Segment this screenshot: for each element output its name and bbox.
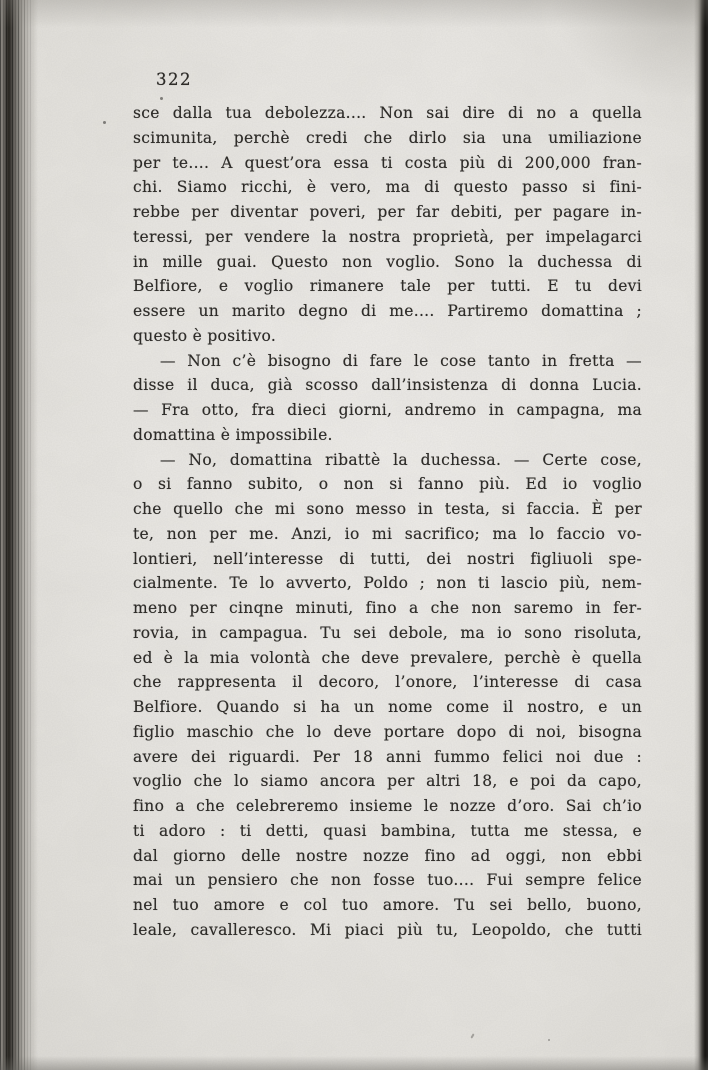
text-line: teressi, per vendere la nostra proprietà…: [133, 225, 642, 250]
text-line: figlio maschio che lo deve portare dopo …: [133, 720, 642, 745]
page-edge-bottom: [0, 1056, 708, 1070]
text-line: chi. Siamo ricchi, è vero, ma di questo …: [133, 175, 642, 200]
corner-stain: [550, 0, 700, 100]
text-line: sce dalla tua debolezza.... Non sai dire…: [133, 101, 642, 126]
page-edge-right: [694, 0, 708, 1070]
text-line: ed è la mia volontà che deve prevalere, …: [133, 646, 642, 671]
text-line: scimunita, perchè credi che dirlo sia un…: [133, 126, 642, 151]
text-line: dal giorno delle nostre nozze fino ad og…: [133, 844, 642, 869]
text-line: essere un marito degno di me.... Partire…: [133, 299, 642, 324]
text-line: questo è positivo.: [133, 324, 642, 349]
page-number: 322: [156, 70, 192, 89]
text-line: che rappresenta il decoro, l’onore, l’in…: [133, 670, 642, 695]
text-line: mai un pensiero che non fosse tuo.... Fu…: [133, 868, 642, 893]
text-line: per te.... A quest’ora essa ti costa più…: [133, 151, 642, 176]
text-line: cialmente. Te lo avverto, Poldo ; non ti…: [133, 571, 642, 596]
text-line: o si fanno subito, o non si fanno più. E…: [133, 472, 642, 497]
text-line: Belfiore. Quando si ha un nome come il n…: [133, 695, 642, 720]
ink-speck: [160, 97, 163, 100]
text-line: disse il duca, già scosso dall’insistenz…: [133, 373, 642, 398]
text-line: leale, cavalleresco. Mi piaci più tu, Le…: [133, 918, 642, 943]
text-line: lontieri, nell’interesse di tutti, dei n…: [133, 547, 642, 572]
text-line: — Fra otto, fra dieci giorni, andremo in…: [133, 398, 642, 423]
text-line: — No, domattina ribattè la duchessa. — C…: [133, 448, 642, 473]
text-line: Belfiore, e voglio rimanere tale per tut…: [133, 274, 642, 299]
text-line: voglio che lo siamo ancora per altri 18,…: [133, 769, 642, 794]
ink-speck: [103, 121, 106, 124]
text-line: domattina è impossibile.: [133, 423, 642, 448]
text-line: — Non c’è bisogno di fare le cose tanto …: [133, 349, 642, 374]
book-binding-shadow: [0, 0, 38, 1070]
text-line: te, non per me. Anzi, io mi sacrifico; m…: [133, 522, 642, 547]
ink-speck: [470, 1033, 474, 1038]
text-line: nel tuo amore e col tuo amore. Tu sei be…: [133, 893, 642, 918]
ink-speck: [548, 1039, 550, 1041]
text-line: rovia, in campagua. Tu sei debole, ma io…: [133, 621, 642, 646]
text-line: in mille guai. Questo non voglio. Sono l…: [133, 250, 642, 275]
text-line: rebbe per diventar poveri, per far debit…: [133, 200, 642, 225]
body-text: sce dalla tua debolezza.... Non sai dire…: [133, 101, 642, 943]
text-line: meno per cinqne minuti, fino a che non s…: [133, 596, 642, 621]
text-line: avere dei riguardi. Per 18 anni fummo fe…: [133, 745, 642, 770]
text-line: che quello che mi sono messo in testa, s…: [133, 497, 642, 522]
book-page: 322 sce dalla tua debolezza.... Non sai …: [0, 0, 708, 1070]
text-line: fino a che celebreremo insieme le nozze …: [133, 794, 642, 819]
text-line: ti adoro : ti detti, quasi bambina, tutt…: [133, 819, 642, 844]
